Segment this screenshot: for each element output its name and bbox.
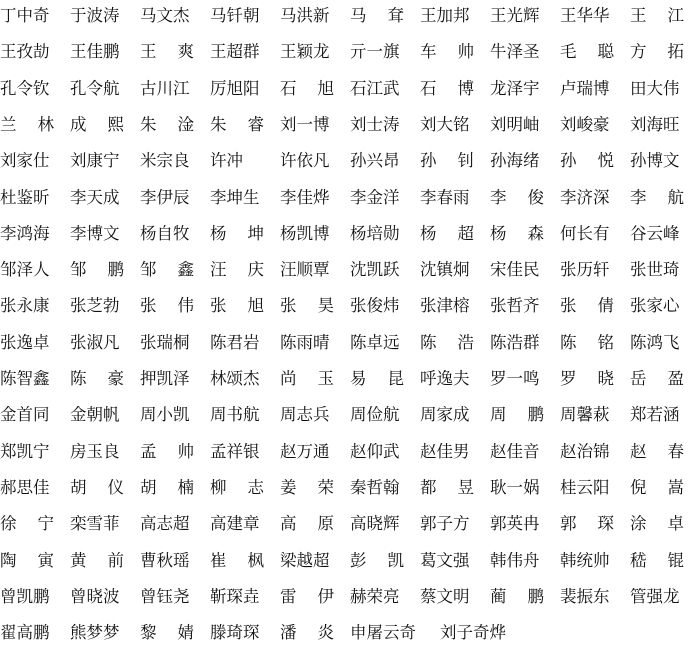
name-cell: 古川江 xyxy=(140,74,196,104)
name-cell: 高建章 xyxy=(210,509,266,539)
name-cell: 彭凯 xyxy=(350,546,404,576)
given-name: 原 xyxy=(318,509,335,539)
surname: 涂 xyxy=(630,509,647,539)
name-row: 兰林成熙朱淦朱睿刘一博刘士涛刘大铭刘明岫刘峻豪刘海旺 xyxy=(0,110,692,146)
name-cell: 卢瑞博 xyxy=(560,74,616,104)
surname: 张 xyxy=(560,291,577,321)
name-cell: 周馨萩 xyxy=(560,400,616,430)
name-cell: 曾凯鹏 xyxy=(0,582,56,612)
name-cell: 周小凯 xyxy=(140,400,196,430)
surname: 兰 xyxy=(0,110,17,140)
name-cell: 杜鉴昕 xyxy=(0,183,56,213)
name-cell: 郝思佳 xyxy=(0,473,56,503)
name-cell: 熊梦梦 xyxy=(70,618,126,648)
name-cell: 许依凡 xyxy=(280,146,336,176)
surname: 岳 xyxy=(630,364,647,394)
name-cell: 孙钊 xyxy=(420,146,474,176)
given-name: 盈 xyxy=(668,364,685,394)
surname: 杨 xyxy=(490,219,507,249)
surname: 张 xyxy=(280,291,297,321)
name-cell: 于波涛 xyxy=(70,1,126,31)
name-cell: 嵇锟 xyxy=(630,546,684,576)
surname: 李 xyxy=(630,183,647,213)
given-name: 婧 xyxy=(178,618,195,648)
surname: 徐 xyxy=(0,509,17,539)
surname: 杨 xyxy=(210,219,227,249)
given-name: 浩 xyxy=(458,328,475,358)
name-cell: 蔺鹏 xyxy=(490,582,544,612)
surname: 李 xyxy=(490,183,507,213)
given-name: 坤 xyxy=(248,219,265,249)
surname: 黄 xyxy=(70,546,87,576)
name-cell: 丁中奇 xyxy=(0,1,56,31)
name-cell: 韩伟舟 xyxy=(490,546,546,576)
name-cell: 岳盈 xyxy=(630,364,684,394)
given-name: 睿 xyxy=(248,110,265,140)
surname: 邹 xyxy=(70,255,87,285)
given-name: 鹏 xyxy=(108,255,125,285)
name-cell: 潘炎 xyxy=(280,618,334,648)
surname: 汪 xyxy=(210,255,227,285)
name-cell: 李俊 xyxy=(490,183,544,213)
name-cell: 陶寅 xyxy=(0,546,54,576)
name-cell: 郑若涵 xyxy=(630,400,686,430)
name-cell: 石旭 xyxy=(280,74,334,104)
name-cell: 邹泽人 xyxy=(0,255,56,285)
surname: 朱 xyxy=(140,110,157,140)
given-name: 昊 xyxy=(318,291,335,321)
name-cell: 姜荣 xyxy=(280,473,334,503)
name-cell: 罗晓 xyxy=(560,364,614,394)
name-cell: 车帅 xyxy=(420,37,474,67)
name-cell: 涂卓 xyxy=(630,509,684,539)
name-cell: 李金洋 xyxy=(350,183,406,213)
surname: 陈 xyxy=(560,328,577,358)
name-cell: 房玉良 xyxy=(70,437,126,467)
surname: 郭 xyxy=(560,509,577,539)
name-cell: 杨自牧 xyxy=(140,219,196,249)
surname: 尚 xyxy=(280,364,297,394)
surname: 石 xyxy=(280,74,297,104)
surname: 张 xyxy=(140,291,157,321)
name-cell: 石江武 xyxy=(350,74,406,104)
name-cell: 杨森 xyxy=(490,219,544,249)
name-cell: 郭子方 xyxy=(420,509,476,539)
surname: 崔 xyxy=(210,546,227,576)
given-name: 春 xyxy=(668,437,685,467)
surname: 赵 xyxy=(630,437,647,467)
name-cell: 杨坤 xyxy=(210,219,264,249)
name-cell: 孙悦 xyxy=(560,146,614,176)
name-cell: 马钎朝 xyxy=(210,1,266,31)
name-cell: 王光辉 xyxy=(490,1,546,31)
given-name: 悦 xyxy=(598,146,615,176)
name-cell: 曾晓波 xyxy=(70,582,126,612)
surname: 雷 xyxy=(280,582,297,612)
given-name: 熙 xyxy=(108,110,125,140)
given-name: 旭 xyxy=(318,74,335,104)
name-cell: 宋佳民 xyxy=(490,255,546,285)
given-name: 伊 xyxy=(318,582,335,612)
given-name: 昆 xyxy=(388,364,405,394)
name-cell: 赫荣亮 xyxy=(350,582,406,612)
name-cell: 马耷 xyxy=(350,1,404,31)
name-cell: 李春雨 xyxy=(420,183,476,213)
name-cell: 周鹏 xyxy=(490,400,544,430)
given-name: 超 xyxy=(458,219,475,249)
name-cell: 赵佳音 xyxy=(490,437,546,467)
name-cell: 都昱 xyxy=(420,473,474,503)
surname: 柳 xyxy=(210,473,227,503)
given-name: 倩 xyxy=(598,291,615,321)
name-cell: 王加邦 xyxy=(420,1,476,31)
name-cell: 刘康宁 xyxy=(70,146,126,176)
name-cell: 孔令航 xyxy=(70,74,126,104)
name-cell: 陈浩 xyxy=(420,328,474,358)
name-cell: 栾雪菲 xyxy=(70,509,126,539)
name-cell: 耿一娲 xyxy=(490,473,546,503)
name-cell: 桂云阳 xyxy=(560,473,616,503)
given-name: 寅 xyxy=(38,546,55,576)
name-cell: 蔡文明 xyxy=(420,582,476,612)
name-cell: 邹鹏 xyxy=(70,255,124,285)
name-cell: 王颖龙 xyxy=(280,37,336,67)
name-cell: 田大伟 xyxy=(630,74,686,104)
surname: 黎 xyxy=(140,618,157,648)
name-cell: 滕琦琛 xyxy=(210,618,266,648)
name-cell: 孟帅 xyxy=(140,437,194,467)
name-cell: 孔令钦 xyxy=(0,74,56,104)
name-cell: 李坤生 xyxy=(210,183,266,213)
name-cell: 胡仪 xyxy=(70,473,124,503)
name-cell: 刘子奇烨 xyxy=(440,618,512,648)
given-name: 卓 xyxy=(668,509,685,539)
name-cell: 金朝帆 xyxy=(70,400,126,430)
name-cell: 周书航 xyxy=(210,400,266,430)
name-row: 郝思佳胡仪胡楠柳志姜荣秦哲翰都昱耿一娲桂云阳倪嵩 xyxy=(0,473,692,509)
name-cell: 倪嵩 xyxy=(630,473,684,503)
name-cell: 赵治锦 xyxy=(560,437,616,467)
name-cell: 管强龙 xyxy=(630,582,686,612)
name-cell: 尚玉 xyxy=(280,364,334,394)
name-cell: 张家心 xyxy=(630,291,686,321)
given-name: 玉 xyxy=(318,364,335,394)
name-cell: 周俭航 xyxy=(350,400,406,430)
name-cell: 米宗良 xyxy=(140,146,196,176)
name-row: 李鸿海李博文杨自牧杨坤杨凯博杨培勋杨超杨森何长有谷云峰 xyxy=(0,219,692,255)
name-cell: 石博 xyxy=(420,74,474,104)
name-cell: 谷云峰 xyxy=(630,219,686,249)
name-cell: 申屠云奇 xyxy=(350,618,422,648)
name-cell: 牛泽圣 xyxy=(490,37,546,67)
given-name: 嵩 xyxy=(668,473,685,503)
given-name: 森 xyxy=(528,219,545,249)
name-cell: 高晓辉 xyxy=(350,509,406,539)
name-cell: 李航 xyxy=(630,183,684,213)
surname: 蔺 xyxy=(490,582,507,612)
name-row: 徐宁栾雪菲高志超高建章高原高晓辉郭子方郭英冉郭琛涂卓 xyxy=(0,509,692,545)
surname: 邹 xyxy=(140,255,157,285)
given-name: 琛 xyxy=(598,509,615,539)
given-name: 聪 xyxy=(598,37,615,67)
name-cell: 陈卓远 xyxy=(350,328,406,358)
name-cell: 沈凯跃 xyxy=(350,255,406,285)
given-name: 昱 xyxy=(458,473,475,503)
surname: 彭 xyxy=(350,546,367,576)
surname: 陈 xyxy=(70,364,87,394)
given-name: 帅 xyxy=(178,437,195,467)
given-name: 晓 xyxy=(598,364,615,394)
name-row: 翟高鹏熊梦梦黎婧滕琦琛潘炎申屠云奇刘子奇烨 xyxy=(0,618,692,654)
name-cell: 赵仰武 xyxy=(350,437,406,467)
name-cell: 曾钰尧 xyxy=(140,582,196,612)
name-row: 丁中奇于波涛马文杰马钎朝马洪新马耷王加邦王光辉王华华王江 xyxy=(0,1,692,37)
name-cell: 汪庆 xyxy=(210,255,264,285)
name-cell: 王孜劼 xyxy=(0,37,56,67)
surname: 陈 xyxy=(420,328,437,358)
name-cell: 赵春 xyxy=(630,437,684,467)
name-row: 张永康张芝勃张伟张旭张昊张俊炜张津榕张哲齐张倩张家心 xyxy=(0,291,692,327)
name-cell: 翟高鹏 xyxy=(0,618,56,648)
surname: 高 xyxy=(280,509,297,539)
name-cell: 秦哲翰 xyxy=(350,473,406,503)
given-name: 锟 xyxy=(668,546,685,576)
name-cell: 张哲齐 xyxy=(490,291,546,321)
name-cell: 徐宁 xyxy=(0,509,54,539)
name-cell: 曹秋瑶 xyxy=(140,546,196,576)
name-cell: 张伟 xyxy=(140,291,194,321)
given-name: 炎 xyxy=(318,618,335,648)
name-cell: 押凯泽 xyxy=(140,364,196,394)
name-cell: 林颂杰 xyxy=(210,364,266,394)
surname: 嵇 xyxy=(630,546,647,576)
surname: 姜 xyxy=(280,473,297,503)
given-name: 铭 xyxy=(598,328,615,358)
given-name: 庆 xyxy=(248,255,265,285)
name-cell: 靳琛垚 xyxy=(210,582,266,612)
given-name: 博 xyxy=(458,74,475,104)
given-name: 志 xyxy=(248,473,265,503)
name-cell: 刘士涛 xyxy=(350,110,406,140)
surname: 周 xyxy=(490,400,507,430)
name-cell: 李佳烨 xyxy=(280,183,336,213)
name-cell: 朱睿 xyxy=(210,110,264,140)
given-name: 林 xyxy=(38,110,55,140)
given-name: 鹏 xyxy=(528,400,545,430)
name-cell: 孙兴昂 xyxy=(350,146,406,176)
name-cell: 郭琛 xyxy=(560,509,614,539)
name-cell: 张芝勃 xyxy=(70,291,126,321)
name-cell: 张逸卓 xyxy=(0,328,56,358)
name-cell: 张瑞桐 xyxy=(140,328,196,358)
given-name: 淦 xyxy=(178,110,195,140)
name-cell: 周志兵 xyxy=(280,400,336,430)
name-cell: 陈雨晴 xyxy=(280,328,336,358)
surname: 方 xyxy=(630,37,647,67)
given-name: 拓 xyxy=(668,37,685,67)
name-cell: 沈镇炯 xyxy=(420,255,476,285)
name-row: 孔令钦孔令航古川江厉旭阳石旭石江武石博龙泽宇卢瑞博田大伟 xyxy=(0,74,692,110)
name-cell: 葛文强 xyxy=(420,546,476,576)
name-row: 张逸卓张淑凡张瑞桐陈君岩陈雨晴陈卓远陈浩陈浩群陈铭陈鸿飞 xyxy=(0,328,692,364)
surname: 张 xyxy=(210,291,227,321)
given-name: 旭 xyxy=(248,291,265,321)
name-cell: 张旭 xyxy=(210,291,264,321)
surname: 毛 xyxy=(560,37,577,67)
surname: 潘 xyxy=(280,618,297,648)
surname: 车 xyxy=(420,37,437,67)
surname: 王 xyxy=(140,37,157,67)
given-name: 荣 xyxy=(318,473,335,503)
name-row: 陶寅黄前曹秋瑶崔枫梁越超彭凯葛文强韩伟舟韩统帅嵇锟 xyxy=(0,546,692,582)
given-name: 航 xyxy=(668,183,685,213)
name-row: 王孜劼王佳鹏王爽王超群王颖龙亓一旗车帅牛泽圣毛聪方拓 xyxy=(0,37,692,73)
name-cell: 杨超 xyxy=(420,219,474,249)
name-cell: 张昊 xyxy=(280,291,334,321)
name-cell: 朱淦 xyxy=(140,110,194,140)
surname: 罗 xyxy=(560,364,577,394)
name-cell: 高原 xyxy=(280,509,334,539)
name-cell: 周家成 xyxy=(420,400,476,430)
given-name: 前 xyxy=(108,546,125,576)
name-cell: 裴振东 xyxy=(560,582,616,612)
given-name: 鑫 xyxy=(178,255,195,285)
name-cell: 黄前 xyxy=(70,546,124,576)
surname: 孟 xyxy=(140,437,157,467)
name-cell: 张倩 xyxy=(560,291,614,321)
name-cell: 兰林 xyxy=(0,110,54,140)
name-cell: 刘明岫 xyxy=(490,110,546,140)
name-row: 邹泽人邹鹏邹鑫汪庆汪顺覃沈凯跃沈镇炯宋佳民张历轩张世琦 xyxy=(0,255,692,291)
name-cell: 赵万通 xyxy=(280,437,336,467)
name-cell: 罗一鸣 xyxy=(490,364,546,394)
name-list: 丁中奇于波涛马文杰马钎朝马洪新马耷王加邦王光辉王华华王江王孜劼王佳鹏王爽王超群王… xyxy=(0,0,692,656)
name-cell: 王超群 xyxy=(210,37,266,67)
name-cell: 李济深 xyxy=(560,183,616,213)
name-cell: 王江 xyxy=(630,1,684,31)
name-cell: 孟祥银 xyxy=(210,437,266,467)
surname: 成 xyxy=(70,110,87,140)
name-row: 曾凯鹏曾晓波曾钰尧靳琛垚雷伊赫荣亮蔡文明蔺鹏裴振东管强龙 xyxy=(0,582,692,618)
name-cell: 李天成 xyxy=(70,183,126,213)
surname: 倪 xyxy=(630,473,647,503)
name-cell: 郑凯宁 xyxy=(0,437,56,467)
name-cell: 刘大铭 xyxy=(420,110,476,140)
name-cell: 梁越超 xyxy=(280,546,336,576)
name-cell: 陈浩群 xyxy=(490,328,546,358)
given-name: 仪 xyxy=(108,473,125,503)
given-name: 伟 xyxy=(178,291,195,321)
name-cell: 陈豪 xyxy=(70,364,124,394)
surname: 胡 xyxy=(140,473,157,503)
given-name: 楠 xyxy=(178,473,195,503)
surname: 马 xyxy=(350,1,367,31)
name-cell: 刘峻豪 xyxy=(560,110,616,140)
name-cell: 毛聪 xyxy=(560,37,614,67)
surname: 胡 xyxy=(70,473,87,503)
name-cell: 崔枫 xyxy=(210,546,264,576)
name-cell: 王华华 xyxy=(560,1,616,31)
name-row: 郑凯宁房玉良孟帅孟祥银赵万通赵仰武赵佳男赵佳音赵治锦赵春 xyxy=(0,437,692,473)
name-cell: 李伊辰 xyxy=(140,183,196,213)
given-name: 耷 xyxy=(388,1,405,31)
name-cell: 赵佳男 xyxy=(420,437,476,467)
name-cell: 方拓 xyxy=(630,37,684,67)
surname: 孙 xyxy=(560,146,577,176)
name-cell: 厉旭阳 xyxy=(210,74,266,104)
surname: 陶 xyxy=(0,546,17,576)
surname: 朱 xyxy=(210,110,227,140)
name-cell: 王佳鹏 xyxy=(70,37,126,67)
name-cell: 许冲 xyxy=(210,146,266,176)
name-cell: 张津榕 xyxy=(420,291,476,321)
name-cell: 陈鸿飞 xyxy=(630,328,686,358)
name-cell: 郭英冉 xyxy=(490,509,546,539)
name-cell: 李鸿海 xyxy=(0,219,56,249)
name-row: 刘家仕刘康宁米宗良许冲许依凡孙兴昂孙钊孙海绪孙悦孙博文 xyxy=(0,146,692,182)
surname: 都 xyxy=(420,473,437,503)
given-name: 钊 xyxy=(458,146,475,176)
name-cell: 成熙 xyxy=(70,110,124,140)
name-cell: 陈智鑫 xyxy=(0,364,56,394)
name-cell: 孙博文 xyxy=(630,146,686,176)
name-cell: 汪顺覃 xyxy=(280,255,336,285)
name-cell: 何长有 xyxy=(560,219,616,249)
name-row: 金首同金朝帆周小凯周书航周志兵周俭航周家成周鹏周馨萩郑若涵 xyxy=(0,400,692,436)
name-cell: 黎婧 xyxy=(140,618,194,648)
given-name: 宁 xyxy=(38,509,55,539)
surname: 石 xyxy=(420,74,437,104)
name-cell: 高志超 xyxy=(140,509,196,539)
name-cell: 杨培勋 xyxy=(350,219,406,249)
name-cell: 韩统帅 xyxy=(560,546,616,576)
name-cell: 龙泽宇 xyxy=(490,74,546,104)
given-name: 凯 xyxy=(388,546,405,576)
name-cell: 张世琦 xyxy=(630,255,686,285)
name-cell: 刘一博 xyxy=(280,110,336,140)
name-cell: 易昆 xyxy=(350,364,404,394)
given-name: 鹏 xyxy=(528,582,545,612)
name-row: 陈智鑫陈豪押凯泽林颂杰尚玉易昆呼逸夫罗一鸣罗晓岳盈 xyxy=(0,364,692,400)
name-cell: 刘家仕 xyxy=(0,146,56,176)
name-cell: 陈君岩 xyxy=(210,328,266,358)
given-name: 俊 xyxy=(528,183,545,213)
name-cell: 杨凯博 xyxy=(280,219,336,249)
name-cell: 张淑凡 xyxy=(70,328,126,358)
name-cell: 马文杰 xyxy=(140,1,196,31)
name-cell: 亓一旗 xyxy=(350,37,406,67)
surname: 易 xyxy=(350,364,367,394)
name-cell: 孙海绪 xyxy=(490,146,546,176)
surname: 孙 xyxy=(420,146,437,176)
name-cell: 陈铭 xyxy=(560,328,614,358)
name-cell: 刘海旺 xyxy=(630,110,686,140)
name-cell: 李博文 xyxy=(70,219,126,249)
name-cell: 呼逸夫 xyxy=(420,364,476,394)
name-cell: 金首同 xyxy=(0,400,56,430)
name-cell: 雷伊 xyxy=(280,582,334,612)
name-cell: 张历轩 xyxy=(560,255,616,285)
name-cell: 张俊炜 xyxy=(350,291,406,321)
name-cell: 胡楠 xyxy=(140,473,194,503)
name-cell: 张永康 xyxy=(0,291,56,321)
name-row: 杜鉴昕李天成李伊辰李坤生李佳烨李金洋李春雨李俊李济深李航 xyxy=(0,183,692,219)
name-cell: 柳志 xyxy=(210,473,264,503)
given-name: 枫 xyxy=(248,546,265,576)
surname: 王 xyxy=(630,1,647,31)
given-name: 爽 xyxy=(178,37,195,67)
given-name: 江 xyxy=(668,1,685,31)
